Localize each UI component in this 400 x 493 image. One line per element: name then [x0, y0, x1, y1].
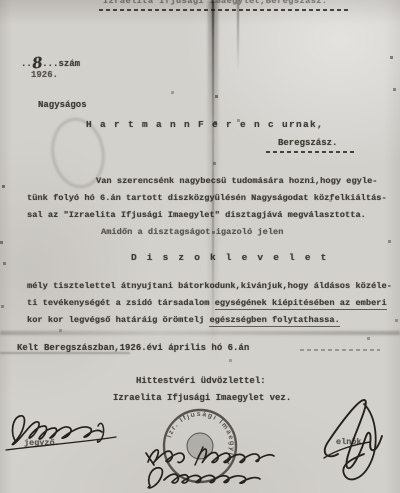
body-para2-line3: kor kor legvégső határáig örömtelj egész… — [27, 315, 340, 325]
addressee-city: Beregszász. — [278, 138, 337, 148]
body-para2-line2-underlined: egységének kiépitésében az emberi — [215, 298, 387, 310]
addressee-salutation: Nagyságos — [38, 100, 87, 110]
vertical-fold-crease-core — [212, 0, 214, 340]
signature-center-lower-icon — [140, 462, 264, 492]
reference-dots-after: ...szám — [42, 59, 80, 69]
reference-dots-before: .. — [21, 59, 32, 69]
dateline-crease-dashes — [300, 349, 380, 351]
reference-year: 1926. — [31, 70, 58, 80]
body-para1-line4: Amidőn a disztagságot igazoló jelen — [101, 227, 283, 237]
paper-specks — [0, 0, 1, 1]
signature-elnok-icon — [308, 392, 400, 488]
body-para1-line3: sal az "Izraelita Ifjusági Imaegylet" di… — [27, 210, 366, 220]
addressee-name: H a r t m a n n F e r e n c urnak, — [86, 119, 324, 130]
vertical-crease-secondary — [237, 0, 239, 70]
signature-jegyzo-icon — [2, 404, 124, 462]
addressee-city-underline — [266, 151, 354, 153]
body-para2-line3-plain: kor kor legvégső határáig örömtelj — [27, 315, 209, 325]
body-para2-line2-plain: ti tevékenységét a zsidó társadalom — [27, 298, 215, 308]
reference-number-line: ..8...szám — [21, 57, 80, 69]
handwritten-number: 8 — [32, 58, 43, 67]
document-title: D i s z o k l e v e l e t — [131, 252, 329, 263]
closing-salutation: Hittestvéri üdvözlettel: — [136, 376, 266, 386]
horizontal-fold-crease — [0, 331, 400, 335]
horizontal-crease-secondary — [0, 352, 130, 354]
body-para1-line1: Van szerencsénk nagybecsü tudomására hoz… — [96, 176, 378, 186]
document-page: Izraelita Ifjusági Imaegylet,Beregszász.… — [0, 0, 400, 493]
body-para1-line2: tünk folyó hó 6.án tartott diszközgyülés… — [27, 193, 387, 203]
body-para2-line2: ti tevékenységét a zsidó társadalom egys… — [27, 298, 387, 308]
letterhead-underline — [99, 9, 351, 11]
body-para2-line3-underlined: egészségben folytathassa. — [209, 315, 339, 327]
